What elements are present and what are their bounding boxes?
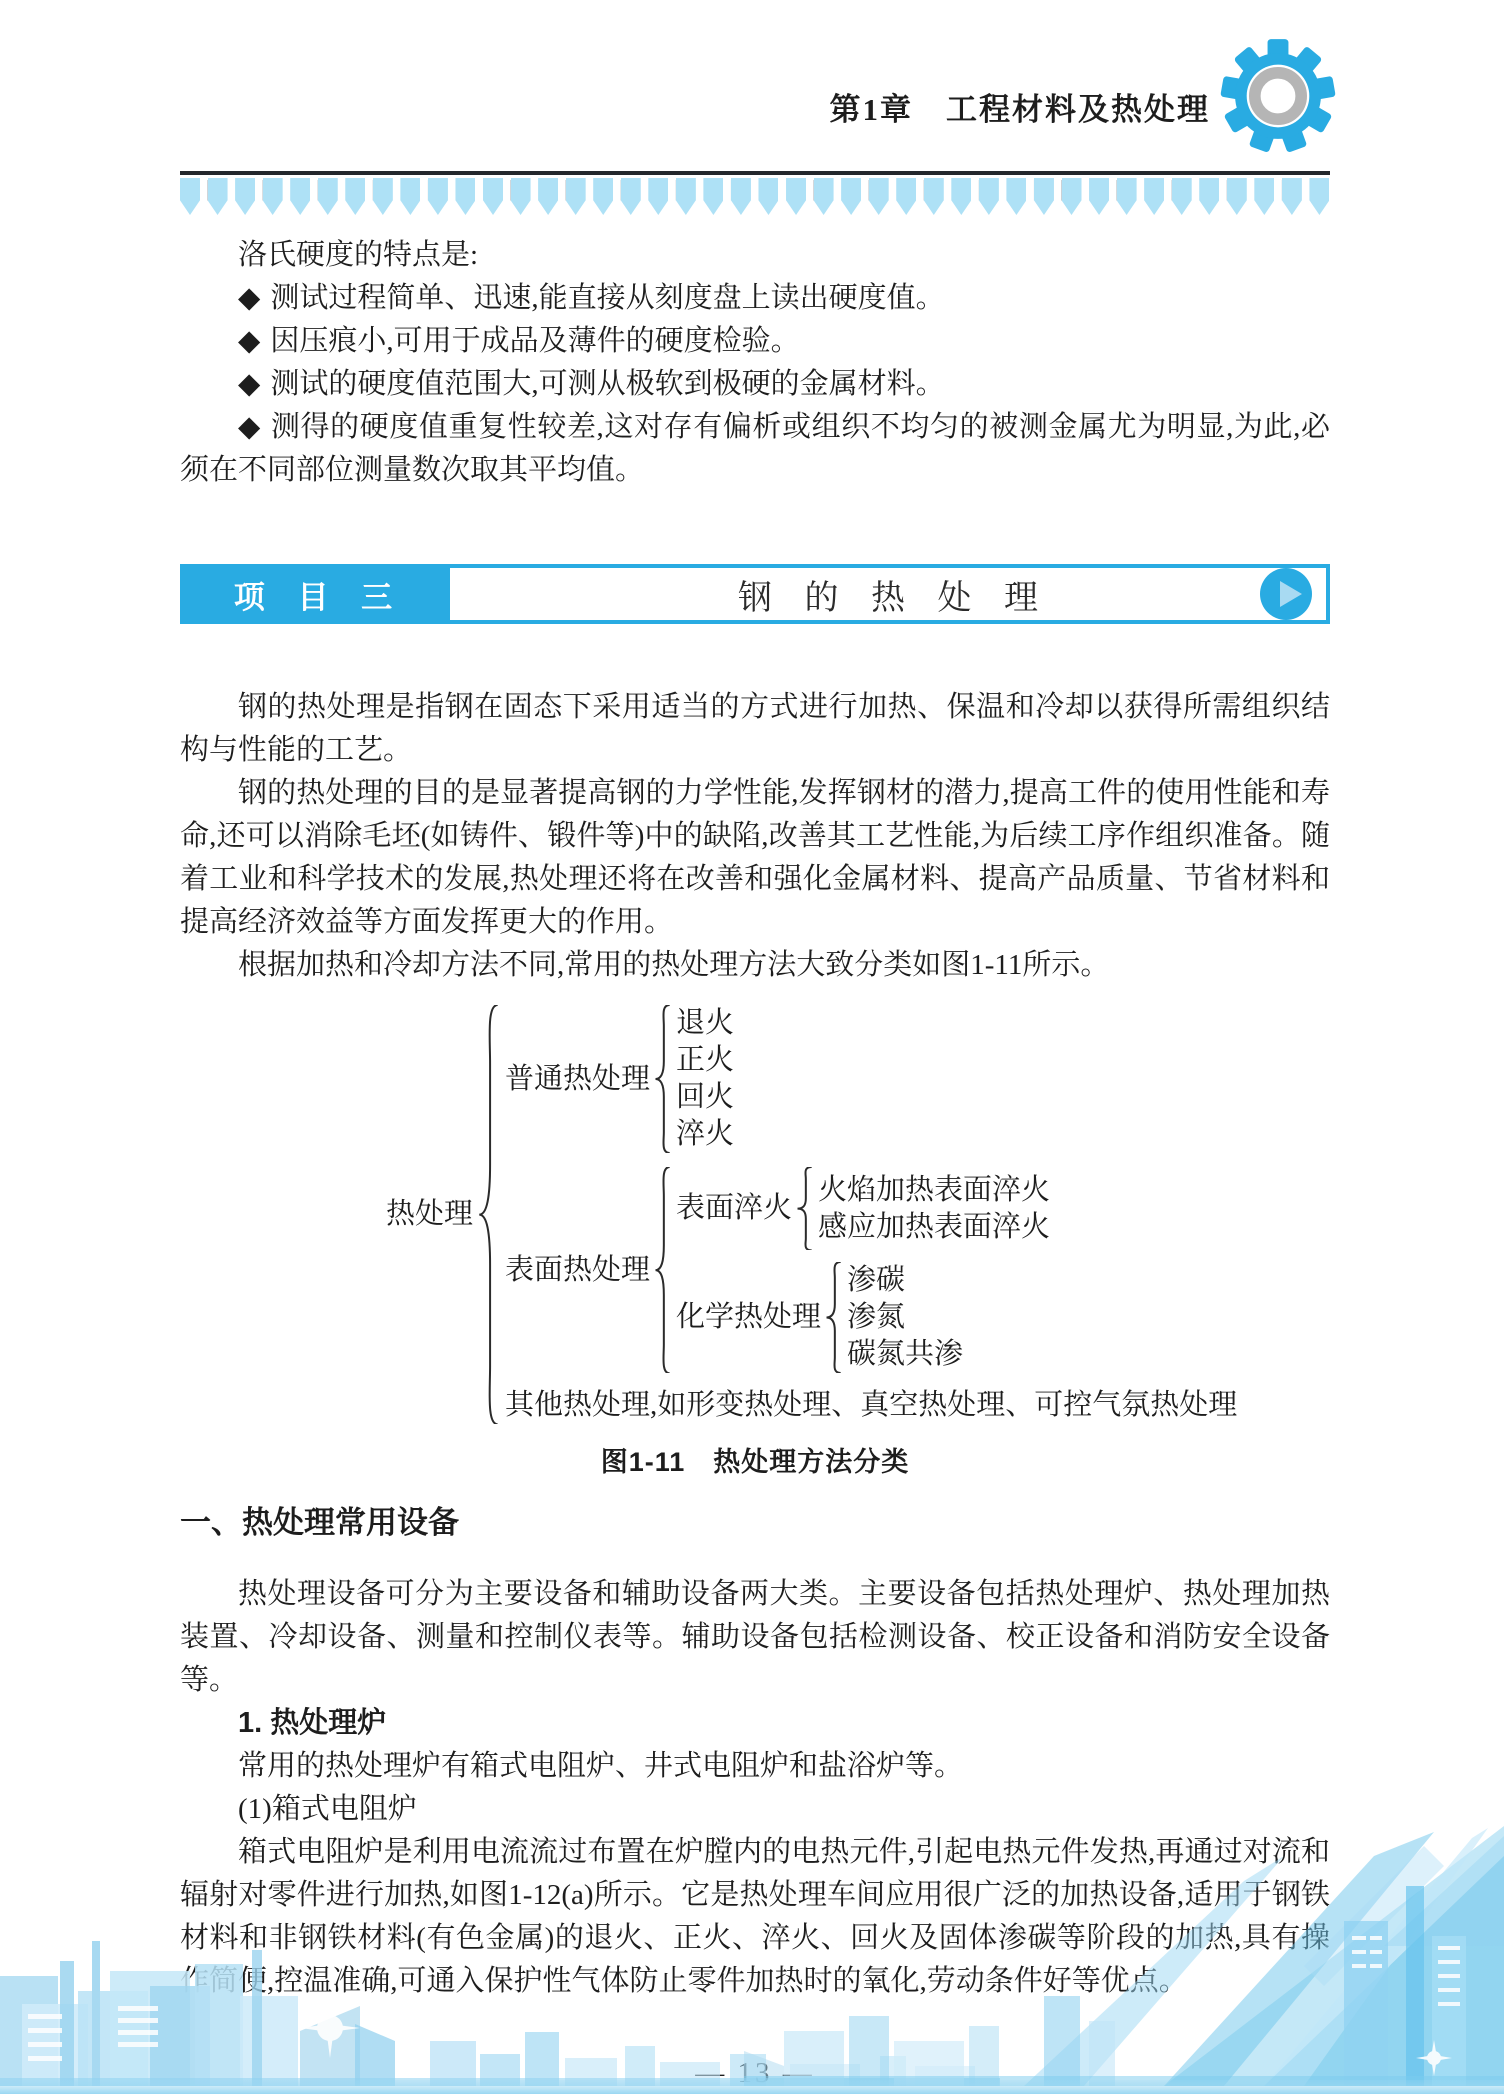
scallop-tab xyxy=(758,178,778,215)
paragraph: 钢的热处理的目的是显著提高钢的力学性能,发挥钢材的潜力,提高工件的使用性能和寿命… xyxy=(180,772,1330,944)
diamond-bullet-icon: ◆ xyxy=(238,282,270,314)
section-heading: 一、热处理常用设备 xyxy=(180,1501,1330,1545)
scallop-tab xyxy=(428,178,448,215)
scallop-tab xyxy=(290,178,310,215)
heat-treatment-tree: 热处理 普通热处理 退火 正火 回火 淬火 xyxy=(386,1005,1330,1424)
scallop-tab xyxy=(483,178,503,215)
project-title: 钢 的 热 处 理 xyxy=(726,570,1050,619)
scallop-tab xyxy=(1117,178,1137,215)
bullet-text: 因压痕小,可用于成品及薄件的硬度检验。 xyxy=(270,325,799,357)
tree-level1: 普通热处理 退火 正火 回火 淬火 表面热处理 xyxy=(505,1005,1237,1424)
tree-node-label: 其他热处理,如形变热处理、真空热处理、可控气氛热处理 xyxy=(505,1387,1237,1424)
figure-caption: 图1-11 热处理方法分类 xyxy=(180,1440,1330,1479)
scallop-tab xyxy=(841,178,861,215)
tree-leaf: 火焰加热表面淬火 xyxy=(818,1172,1050,1209)
tree-node-label: 表面淬火 xyxy=(676,1190,792,1227)
scallop-tab xyxy=(1254,178,1274,215)
tree-leaf: 正火 xyxy=(676,1042,734,1079)
scallop-tab xyxy=(896,178,916,215)
scallop-tab xyxy=(318,178,338,215)
tree-leaf: 回火 xyxy=(676,1079,734,1116)
page-content: 第1章 工程材料及热处理 xyxy=(180,0,1330,2090)
diamond-bullet-icon: ◆ xyxy=(238,411,271,443)
lead-line: 洛氏硬度的特点是: xyxy=(180,234,1330,277)
page-number: — 13 — xyxy=(180,2057,1330,2090)
paragraph: 钢的热处理是指钢在固态下采用适当的方式进行加热、保温和冷却以获得所需组织结构与性… xyxy=(180,686,1330,772)
tree-group: 普通热处理 退火 正火 回火 淬火 xyxy=(505,1005,1237,1153)
scallop-tab xyxy=(1034,178,1054,215)
brace xyxy=(653,1005,673,1153)
tree-root-label: 热处理 xyxy=(386,1196,473,1233)
project-banner: 项 目 三 钢 的 热 处 理 xyxy=(180,564,1330,624)
brace xyxy=(476,1005,502,1424)
scallop-tab xyxy=(235,178,255,215)
tree-leaf-list: 退火 正火 回火 淬火 xyxy=(676,1005,734,1153)
chapter-title: 第1章 工程材料及热处理 xyxy=(830,84,1211,129)
scallop-tab xyxy=(1062,178,1082,215)
tree-leaf: 退火 xyxy=(676,1005,734,1042)
play-circle-icon xyxy=(1260,568,1312,620)
subsection-heading: 1. 热处理炉 xyxy=(180,1702,1330,1745)
scallop-tab xyxy=(648,178,668,215)
tree-leaf: 淬火 xyxy=(676,1116,734,1153)
tree-leaf: 感应加热表面淬火 xyxy=(818,1209,1050,1246)
paragraph: 常用的热处理炉有箱式电阻炉、井式电阻炉和盐浴炉等。 xyxy=(180,1745,1330,1788)
scallop-tab xyxy=(703,178,723,215)
tree-node-label: 普通热处理 xyxy=(505,1061,650,1098)
scallop-tab xyxy=(621,178,641,215)
brace xyxy=(653,1167,673,1373)
tree-subgroup: 化学热处理 渗碳 渗氮 碳氮共渗 xyxy=(676,1262,1050,1373)
tree-leaf-list: 渗碳 渗氮 碳氮共渗 xyxy=(847,1262,963,1373)
scallop-tab xyxy=(951,178,971,215)
scallop-tab xyxy=(566,178,586,215)
tree-node-label: 化学热处理 xyxy=(676,1299,821,1336)
section-paragraphs: 钢的热处理是指钢在固态下采用适当的方式进行加热、保温和冷却以获得所需组织结构与性… xyxy=(180,686,1330,987)
scallop-tab xyxy=(676,178,696,215)
scallop-tab xyxy=(593,178,613,215)
subsection-heading: (1)箱式电阻炉 xyxy=(180,1788,1330,1831)
tree-group: 其他热处理,如形变热处理、真空热处理、可控气氛热处理 xyxy=(505,1387,1237,1424)
tree-group: 表面热处理 表面淬火 火焰加热表面淬火 感应加热表面淬火 xyxy=(505,1167,1237,1373)
bullet-text: 测得的硬度值重复性较差,这对存有偏析或组织不均匀的被测金属尤为明显,为此,必须在… xyxy=(180,411,1330,486)
scallop-tab xyxy=(538,178,558,215)
scallop-border xyxy=(180,178,1330,218)
scallop-tab xyxy=(511,178,531,215)
scallop-tab xyxy=(1227,178,1247,215)
scallop-tab xyxy=(1199,178,1219,215)
scallop-tab xyxy=(979,178,999,215)
equipment-section: 热处理设备可分为主要设备和辅助设备两大类。主要设备包括热处理炉、热处理加热装置、… xyxy=(180,1573,1330,2003)
bullet-text: 测试的硬度值范围大,可测从极软到极硬的金属材料。 xyxy=(270,368,944,400)
paragraph: 根据加热和冷却方法不同,常用的热处理方法大致分类如图1-11所示。 xyxy=(180,944,1330,987)
bullet-item: ◆因压痕小,可用于成品及薄件的硬度检验。 xyxy=(180,320,1330,363)
scallop-tab xyxy=(208,178,228,215)
scallop-tab xyxy=(345,178,365,215)
project-tag: 项 目 三 xyxy=(180,564,446,624)
scallop-tab xyxy=(1006,178,1026,215)
scallop-tab xyxy=(924,178,944,215)
scallop-tab xyxy=(180,178,200,215)
paragraph: 箱式电阻炉是利用电流流过布置在炉膛内的电热元件,引起电热元件发热,再通过对流和辐… xyxy=(180,1831,1330,2003)
scallop-tab xyxy=(786,178,806,215)
brace xyxy=(824,1262,844,1373)
bullet-text: 测试过程简单、迅速,能直接从刻度盘上读出硬度值。 xyxy=(270,282,944,314)
tree-leaf: 碳氮共渗 xyxy=(847,1336,963,1373)
scallop-tab xyxy=(1144,178,1164,215)
tree-leaf-list: 火焰加热表面淬火 感应加热表面淬火 xyxy=(818,1172,1050,1246)
scallop-tab xyxy=(373,178,393,215)
tree-leaf: 渗氮 xyxy=(847,1299,963,1336)
tree-node-label: 表面热处理 xyxy=(505,1252,650,1289)
scallop-tab xyxy=(1282,178,1302,215)
tree-leaf: 渗碳 xyxy=(847,1262,963,1299)
gear-icon xyxy=(1220,38,1336,154)
scallop-tab xyxy=(1172,178,1192,215)
bullet-item: ◆测得的硬度值重复性较差,这对存有偏析或组织不均匀的被测金属尤为明显,为此,必须… xyxy=(180,406,1330,492)
scallop-tab xyxy=(869,178,889,215)
tree-level2: 表面淬火 火焰加热表面淬火 感应加热表面淬火 化学热处理 xyxy=(676,1167,1050,1373)
scallop-tab xyxy=(455,178,475,215)
scallop-tab xyxy=(1309,178,1329,215)
scallop-tab xyxy=(814,178,834,215)
book-page: 第1章 工程材料及热处理 xyxy=(0,0,1504,2094)
page-header: 第1章 工程材料及热处理 xyxy=(180,0,1330,175)
project-title-box: 钢 的 热 处 理 xyxy=(446,564,1330,624)
diamond-bullet-icon: ◆ xyxy=(238,368,270,400)
diamond-bullet-icon: ◆ xyxy=(238,325,270,357)
bullet-item: ◆测试的硬度值范围大,可测从极软到极硬的金属材料。 xyxy=(180,363,1330,406)
brace xyxy=(795,1167,815,1250)
scallop-tab xyxy=(400,178,420,215)
tree-subgroup: 表面淬火 火焰加热表面淬火 感应加热表面淬火 xyxy=(676,1167,1050,1250)
scallop-tab xyxy=(731,178,751,215)
hardness-notes: 洛氏硬度的特点是: ◆测试过程简单、迅速,能直接从刻度盘上读出硬度值。 ◆因压痕… xyxy=(180,234,1330,492)
scallop-tab xyxy=(263,178,283,215)
paragraph: 热处理设备可分为主要设备和辅助设备两大类。主要设备包括热处理炉、热处理加热装置、… xyxy=(180,1573,1330,1702)
scallop-tab xyxy=(1089,178,1109,215)
bullet-item: ◆测试过程简单、迅速,能直接从刻度盘上读出硬度值。 xyxy=(180,277,1330,320)
